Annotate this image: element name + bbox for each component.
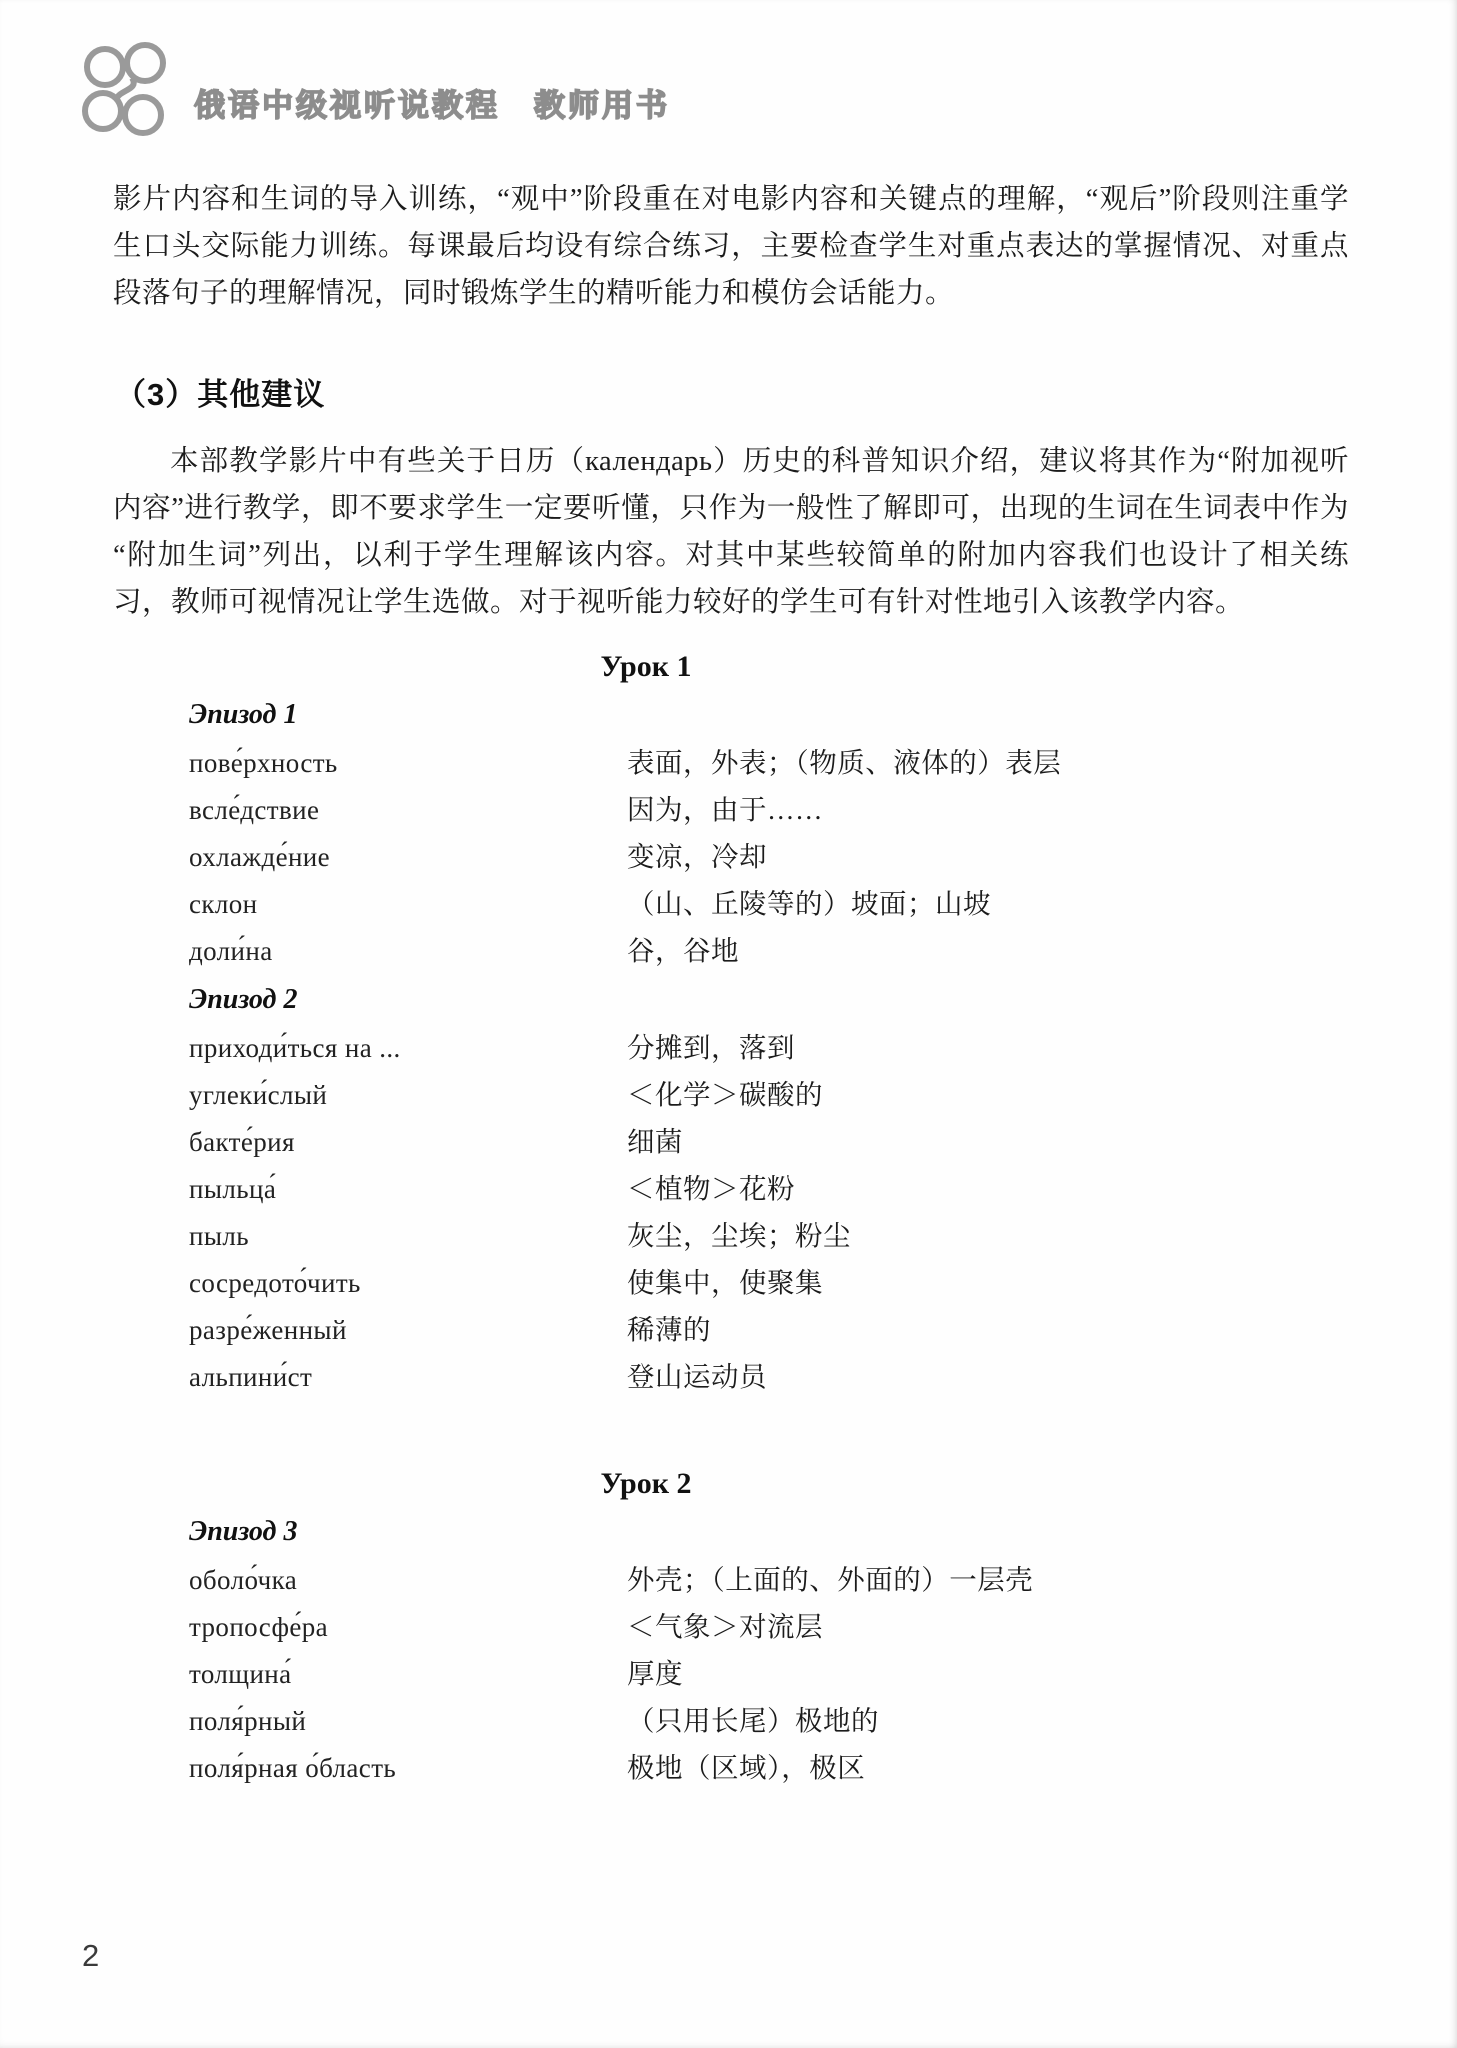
publisher-logo-icon: [78, 40, 170, 138]
section-heading-other-suggestions: （3）其他建议: [115, 369, 1349, 414]
episode2-title: Эпизод 2: [189, 975, 1349, 1025]
chinese-translation: （山、丘陵等的）坡面；山坡: [627, 881, 991, 921]
russian-word: тропосфе́ра: [189, 1612, 627, 1643]
episode1-title: Эпизод 1: [189, 690, 1349, 740]
russian-word: оболо́чка: [189, 1565, 627, 1596]
vocab-row: охлажде́ние 变凉，冷却: [189, 834, 1349, 881]
vocab-row: приходи́ться на ... 分摊到，落到: [189, 1025, 1349, 1072]
russian-word: всле́дствие: [189, 795, 627, 826]
russian-word: бакте́рия: [189, 1127, 627, 1158]
vocab-row: оболо́чка 外壳；（上面的、外面的）一层壳: [189, 1557, 1349, 1604]
lesson1-title: Урок 1: [113, 644, 1179, 690]
russian-word: толщина́: [189, 1659, 627, 1690]
russian-word: пыль: [189, 1221, 627, 1252]
russian-word: сосредото́чить: [189, 1268, 627, 1299]
vocab-row: сосредото́чить 使集中，使聚集: [189, 1260, 1349, 1307]
page-header: 俄语中级视听说教程 教师用书: [78, 40, 670, 138]
chinese-translation: 谷，谷地: [627, 928, 739, 968]
vocab-row: тропосфе́ра ＜气象＞对流层: [189, 1604, 1349, 1651]
russian-word: углеки́слый: [189, 1080, 627, 1111]
intro-paragraph: 影片内容和生词的导入训练，“观中”阶段重在对电影内容和关键点的理解，“观后”阶段…: [113, 176, 1349, 317]
vocab-row: поля́рная о́бласть 极地（区域），极区: [189, 1745, 1349, 1792]
vocab-row: поля́рный （只用长尾）极地的: [189, 1698, 1349, 1745]
chinese-translation: 使集中，使聚集: [627, 1260, 823, 1300]
chinese-translation: 登山运动员: [627, 1354, 767, 1394]
russian-word: доли́на: [189, 936, 627, 967]
russian-word: склон: [189, 889, 627, 920]
book-page: 俄语中级视听说教程 教师用书 影片内容和生词的导入训练，“观中”阶段重在对电影内…: [0, 0, 1457, 2048]
chinese-translation: 因为，由于……: [627, 787, 823, 827]
chinese-translation: 细菌: [627, 1119, 683, 1159]
russian-word: пыльца́: [189, 1174, 627, 1205]
vocab-row: всле́дствие 因为，由于……: [189, 787, 1349, 834]
page-content: 影片内容和生词的导入训练，“观中”阶段重在对电影内容和关键点的理解，“观后”阶段…: [113, 176, 1349, 1792]
vocab-row: углеки́слый ＜化学＞碳酸的: [189, 1072, 1349, 1119]
episode3-title: Эпизод 3: [189, 1507, 1349, 1557]
page-number: 2: [82, 1938, 99, 1974]
vocab-row: склон （山、丘陵等的）坡面；山坡: [189, 881, 1349, 928]
vocab-row: пыль 灰尘，尘埃；粉尘: [189, 1213, 1349, 1260]
suggestion-paragraph: 本部教学影片中有些关于日历（календарь）历史的科普知识介绍，建议将其作为…: [113, 438, 1349, 626]
chinese-translation: 极地（区域），极区: [627, 1745, 865, 1785]
chinese-translation: 分摊到，落到: [627, 1025, 795, 1065]
vocab-row: доли́на 谷，谷地: [189, 928, 1349, 975]
chinese-translation: 厚度: [627, 1651, 683, 1691]
russian-word: поля́рная о́бласть: [189, 1753, 627, 1784]
russian-word: пове́рхность: [189, 748, 627, 779]
chinese-translation: 稀薄的: [627, 1307, 711, 1347]
vocab-row: альпини́ст 登山运动员: [189, 1354, 1349, 1401]
chinese-translation: 变凉，冷却: [627, 834, 767, 874]
vocab-row: пыльца́ ＜植物＞花粉: [189, 1166, 1349, 1213]
lesson2-title: Урок 2: [113, 1461, 1179, 1507]
chinese-translation: 表面，外表；（物质、液体的）表层: [627, 740, 1061, 780]
book-header-title: 俄语中级视听说教程 教师用书: [194, 80, 670, 125]
chinese-translation: 外壳；（上面的、外面的）一层壳: [627, 1557, 1033, 1597]
chinese-translation: （只用长尾）极地的: [627, 1698, 879, 1738]
vocab-row: разре́женный 稀薄的: [189, 1307, 1349, 1354]
vocab-row: пове́рхность 表面，外表；（物质、液体的）表层: [189, 740, 1349, 787]
vocab-row: бакте́рия 细菌: [189, 1119, 1349, 1166]
chinese-translation: ＜化学＞碳酸的: [627, 1072, 823, 1112]
russian-word: разре́женный: [189, 1315, 627, 1346]
russian-word: охлажде́ние: [189, 842, 627, 873]
russian-word: поля́рный: [189, 1706, 627, 1737]
chinese-translation: ＜植物＞花粉: [627, 1166, 795, 1206]
vocab-row: толщина́ 厚度: [189, 1651, 1349, 1698]
chinese-translation: 灰尘，尘埃；粉尘: [627, 1213, 851, 1253]
russian-word: приходи́ться на ...: [189, 1033, 627, 1064]
chinese-translation: ＜气象＞对流层: [627, 1604, 823, 1644]
russian-word: альпини́ст: [189, 1362, 627, 1393]
